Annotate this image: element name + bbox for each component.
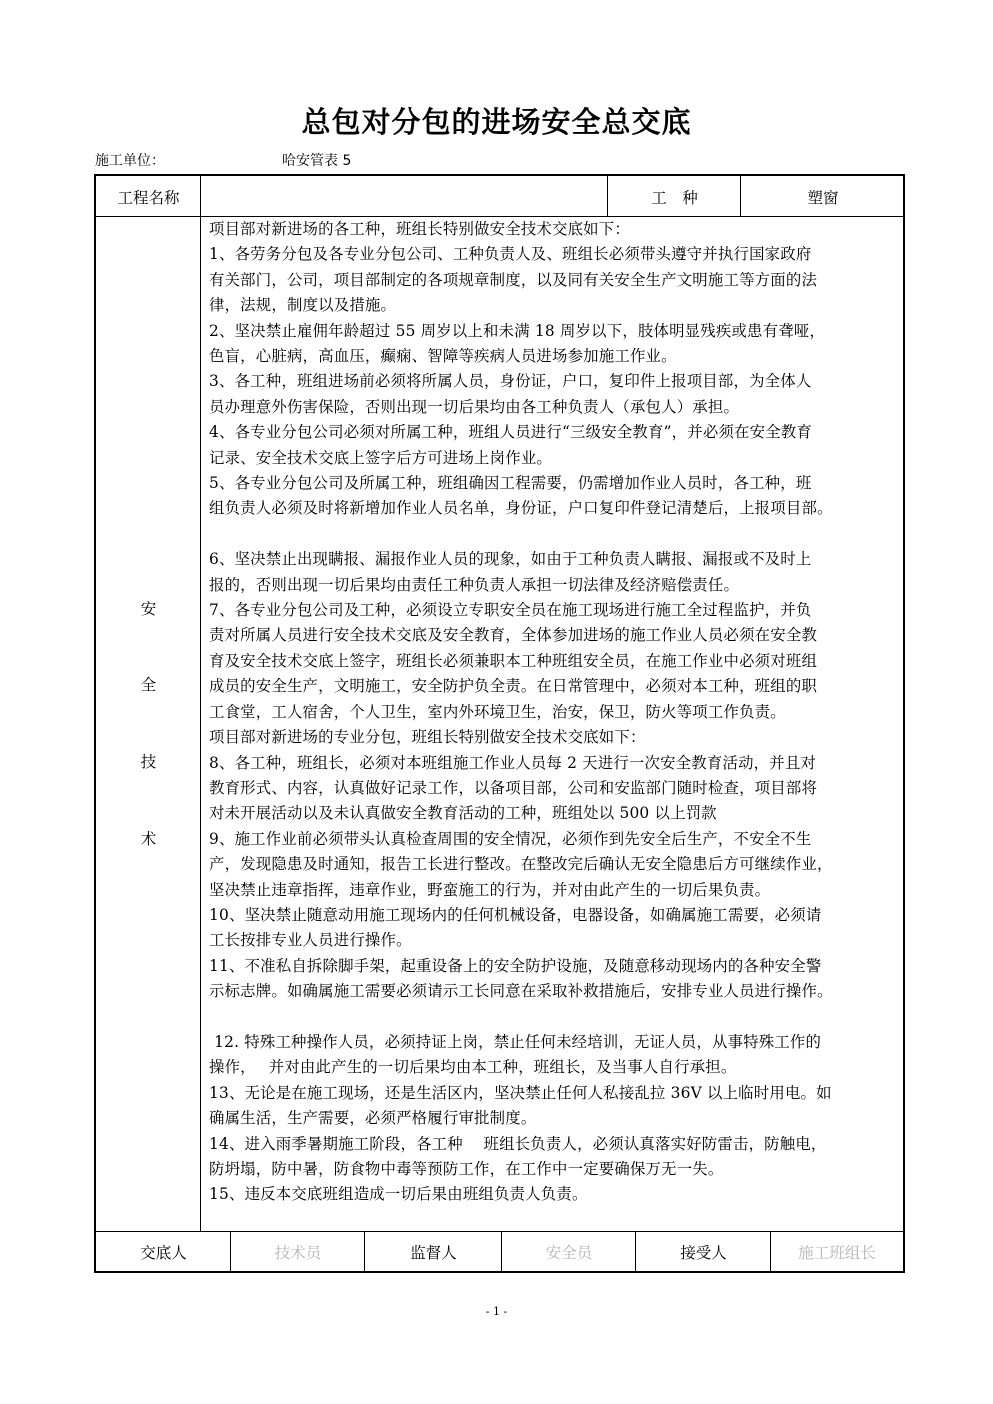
content-line: 工长按排专业人员进行操作。	[209, 928, 909, 953]
divider	[230, 1232, 231, 1271]
content-line: 1、各劳务分包及各专业分包公司、工种负责人及、班组长必须带头遵守并执行国家政府	[209, 242, 909, 267]
project-name-label: 工程名称	[96, 176, 201, 217]
content-line: 15、违反本交底班组造成一切后果由班组负责人负责。	[209, 1182, 909, 1207]
content-line: 责对所属人员进行安全技术交底及安全教育，全体参加进场的施工作业人员必须在安全教	[209, 623, 909, 648]
blank-line	[209, 1005, 909, 1030]
content-line: 6、坚决禁止出现瞒报、漏报作业人员的现象，如由于工种负责人瞒报、漏报或不及时上	[209, 547, 909, 572]
side-char: 术	[96, 827, 201, 849]
content-line: 确属生活，生产需要，必须严格履行审批制度。	[209, 1106, 909, 1131]
signature-field[interactable]: 施工班组长	[771, 1232, 903, 1271]
content-line: 色盲，心脏病，高血压，癫痫、智障等疾病人员进场参加施工作业。	[209, 344, 909, 369]
divider	[740, 176, 741, 217]
divider	[635, 1232, 636, 1271]
content-line: 9、施工作业前必须带头认真检查周围的安全情况，必须作到先安全后生产，不安全不生	[209, 827, 909, 852]
content-line: 13、无论是在施工现场，还是生活区内，坚决禁止任何人私接乱拉 36V 以上临时用…	[209, 1081, 909, 1106]
document-title: 总包对分包的进场安全总交底	[0, 100, 993, 141]
content-line: 4、各专业分包公司必须对所属工种，班组人员进行“三级安全教育”，并必须在安全教育	[209, 420, 909, 445]
content-line: 防坍塌，防中暑，防食物中毒等预防工作，在工作中一定要确保万无一失。	[209, 1157, 909, 1182]
blank-line	[209, 522, 909, 547]
form-code: 哈安管表 5	[282, 150, 351, 170]
construction-unit-label: 施工单位：	[95, 150, 165, 170]
content-line: 报的，否则出现一切后果均由责任工种负责人承担一切法律及经济赔偿责任。	[209, 573, 909, 598]
content-line: 项目部对新进场的专业分包，班组长特别做安全技术交底如下：	[209, 725, 909, 750]
content-line: 律，法规，制度以及措施。	[209, 293, 909, 318]
content-line: 7、各专业分包公司及工种，必须设立专职安全员在施工现场进行施工全过程监护，并负	[209, 598, 909, 623]
content-line: 对未开展活动以及未认真做安全教育活动的工种，班组处以 500 以上罚款	[209, 801, 909, 826]
content-line: 示标志牌。如确属施工需要必须请示工长同意在采取补救措施后，安排专业人员进行操作。	[209, 979, 909, 1004]
signature-field[interactable]: 技术员	[231, 1232, 365, 1271]
content-line: 5、各专业分包公司及所属工种，班组确因工程需要，仍需增加作业人员时，各工种，班	[209, 471, 909, 496]
signature-label: 交底人	[96, 1232, 231, 1271]
content-line: 14、进入雨季暑期施工阶段，各工种 班组长负责人，必须认真落实好防雷击，防触电，	[209, 1132, 909, 1157]
content-line: 10、坚决禁止随意动用施工现场内的任何机械设备，电器设备，如确属施工需要，必须请	[209, 903, 909, 928]
content-line: 育及安全技术交底上签字，班组长必须兼职本工种班组安全员，在施工作业中必须对班组	[209, 649, 909, 674]
content-line: 工食堂，工人宿舍，个人卫生，室内外环境卫生，治安，保卫，防火等项工作负责。	[209, 700, 909, 725]
side-char: 全	[96, 673, 201, 695]
content-line: 记录、安全技术交底上签字后方可进场上岗作业。	[209, 446, 909, 471]
divider	[607, 176, 608, 217]
side-char: 技	[96, 750, 201, 772]
briefing-content: 项目部对新进场的各工种，班组长特别做安全技术交底如下：1、各劳务分包及各专业分包…	[209, 217, 909, 1231]
content-line: 组负责人必须及时将新增加作业人员名单，身份证，户口复印件登记清楚后，上报项目部。	[209, 496, 909, 521]
divider	[501, 1232, 502, 1271]
safety-briefing-table: 工程名称 工 种 塑窗 安 全 技 术 项目部对新进场的各工种，班组长特别做安全…	[94, 174, 905, 1273]
signature-label: 接受人	[636, 1232, 771, 1271]
content-line: 2、坚决禁止雇佣年龄超过 55 周岁以上和未满 18 周岁以下，肢体明显残疾或患…	[209, 319, 909, 344]
signature-label: 监督人	[365, 1232, 502, 1271]
divider	[364, 1232, 365, 1271]
page-number: - 1 -	[0, 1305, 993, 1318]
divider	[770, 1232, 771, 1271]
divider	[200, 216, 201, 1232]
content-line: 教育形式、内容，认真做好记录工作，以备项目部，公司和安监部门随时检查，项目部将	[209, 776, 909, 801]
divider	[200, 176, 201, 217]
trade-value[interactable]: 塑窗	[741, 176, 905, 217]
content-line: 3、各工种，班组进场前必须将所属人员，身份证，户口，复印件上报项目部，为全体人	[209, 369, 909, 394]
trade-label: 工 种	[608, 176, 741, 217]
signature-field[interactable]: 安全员	[502, 1232, 636, 1271]
content-line: 8、各工种，班组长，必须对本班组施工作业人员每 2 天进行一次安全教育活动，并且…	[209, 751, 909, 776]
content-line: 12. 特殊工种操作人员，必须持证上岗，禁止任何未经培训，无证人员，从事特殊工作…	[209, 1030, 909, 1055]
project-name-value[interactable]	[201, 176, 608, 217]
content-line: 有关部门，公司，项目部制定的各项规章制度，以及同有关安全生产文明施工等方面的法	[209, 268, 909, 293]
section-label-safety-technology: 安 全 技 术	[96, 217, 201, 1231]
content-line: 操作， 并对由此产生的一切后果均由本工种，班组长，及当事人自行承担。	[209, 1055, 909, 1080]
side-char: 安	[96, 597, 201, 619]
content-line: 坚决禁止违章指挥，违章作业，野蛮施工的行为，并对由此产生的一切后果负责。	[209, 878, 909, 903]
content-line: 员办理意外伤害保险，否则出现一切后果均由各工种负责人（承包人）承担。	[209, 395, 909, 420]
content-line: 产，发现隐患及时通知，报告工长进行整改。在整改完后确认无安全隐患后方可继续作业，	[209, 852, 909, 877]
content-line: 11、不准私自拆除脚手架，起重设备上的安全防护设施，及随意移动现场内的各种安全警	[209, 954, 909, 979]
content-line: 项目部对新进场的各工种，班组长特别做安全技术交底如下：	[209, 217, 909, 242]
content-line: 成员的安全生产，文明施工，安全防护负全责。在日常管理中，必须对本工种，班组的职	[209, 674, 909, 699]
